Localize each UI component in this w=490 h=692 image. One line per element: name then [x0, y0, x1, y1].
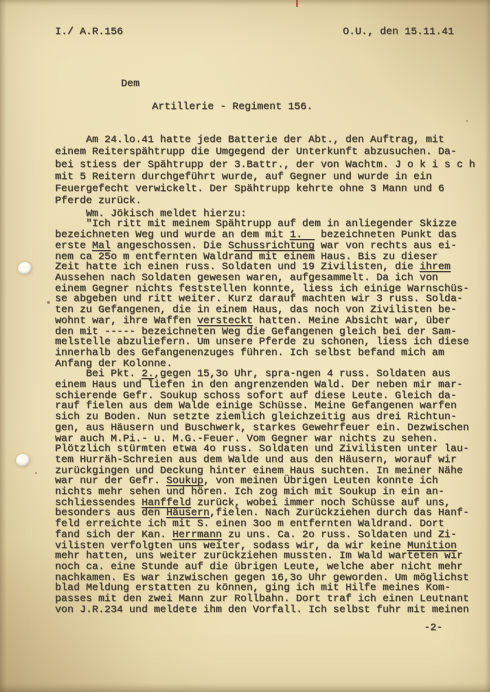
scan-speck [47, 301, 50, 304]
punch-hole [16, 454, 30, 467]
text-run: Am 24.lo.41 hatte jede Batterie der Abt.… [55, 134, 475, 207]
scan-speck [35, 472, 37, 474]
page-number: -2- [424, 622, 443, 634]
recipient-line: Artillerie - Regiment 156. [152, 101, 313, 113]
punch-hole [18, 262, 32, 275]
place-date: O.U., den 15.11.41 [343, 26, 454, 38]
text-run: ,gegen 15,3o Uhr, spra-ngen 4 russ. Sold… [55, 368, 469, 487]
paragraph: "Ich ritt mit meinem Spähtrupp auf dem i… [55, 219, 486, 369]
letterhead: I./ A.R.156 O.U., den 15.11.41 [55, 26, 454, 38]
paragraph: Am 24.lo.41 hatte jede Batterie der Abt.… [55, 134, 486, 208]
text-run: mehr hatten, uns weiter zurückziehen mus… [55, 550, 469, 616]
scan-speck [466, 120, 468, 122]
unit-designation: I./ A.R.156 [55, 26, 123, 38]
document-page: I./ A.R.156 O.U., den 15.11.41 Dem Artil… [0, 0, 490, 692]
scan-speck [296, 0, 298, 7]
report-body: Am 24.lo.41 hatte jede Batterie der Abt.… [55, 134, 486, 616]
paragraph: Bei Pkt. 2.,gegen 15,3o Uhr, spra-ngen 4… [55, 369, 486, 615]
salutation: Dem [121, 78, 140, 90]
